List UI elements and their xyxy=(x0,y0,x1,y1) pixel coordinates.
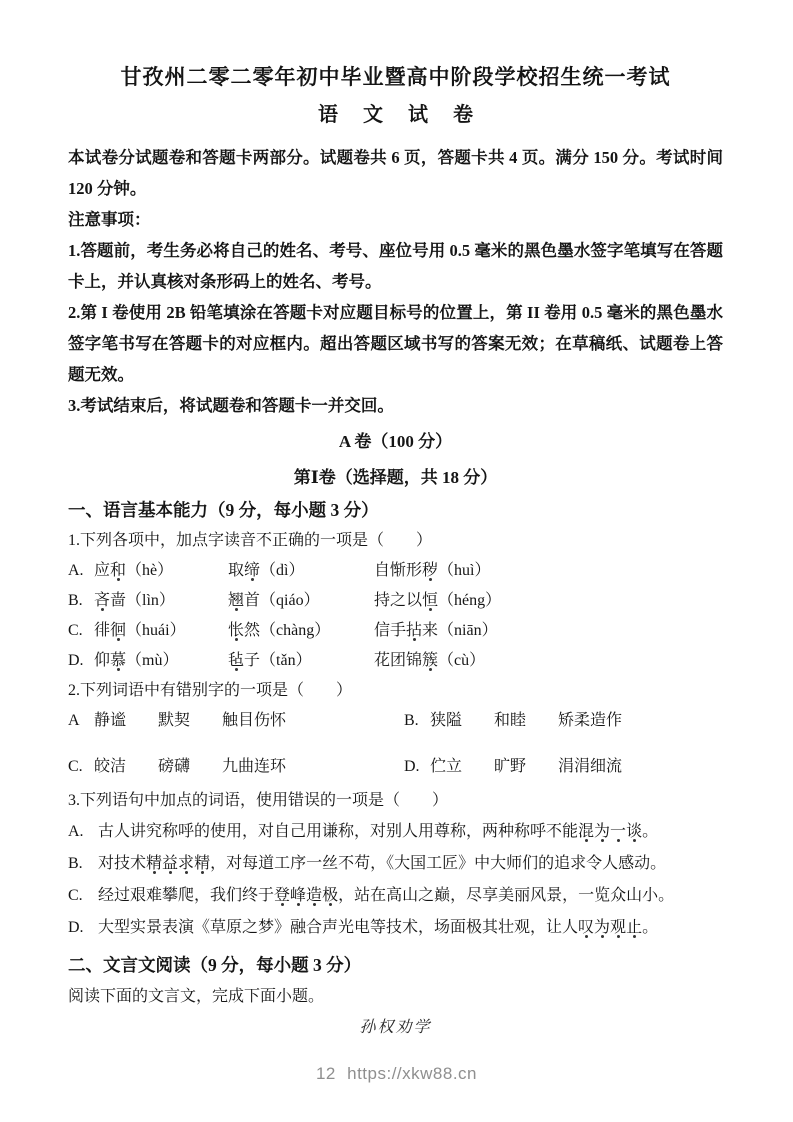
section2-heading: 二、文言文阅读（9 分，每小题 3 分） xyxy=(68,950,723,981)
option-cell: 徘徊（huái） xyxy=(94,616,228,646)
option-cell: 仰慕（mù） xyxy=(94,646,228,676)
option-label: D. xyxy=(68,912,98,944)
word: 伫立 xyxy=(430,752,462,782)
option-text: 大型实景表演《草原之梦》融合声光电等技术，场面极其壮观，让人叹为观止。 xyxy=(98,912,723,944)
option-label: D. xyxy=(404,752,430,782)
option-cell: 自惭形秽（huì） xyxy=(374,556,723,586)
word: 和睦 xyxy=(494,706,526,736)
notice-item-3: 3.考试结束后，将试题卷和答题卡一并交回。 xyxy=(68,390,723,421)
option-cell: 毡子（tǎn） xyxy=(228,646,374,676)
paper-subtitle: 语 文 试 卷 xyxy=(68,100,723,130)
option-cell: 持之以恒（héng） xyxy=(374,586,723,616)
option-label: C. xyxy=(68,880,98,912)
option-label: A. xyxy=(68,556,94,586)
q2-option-b: B. 狭隘 和睦 矫柔造作 xyxy=(404,706,740,736)
q2-option-d: D. 伫立 旷野 涓涓细流 xyxy=(404,752,740,782)
page-number: 12 xyxy=(316,1064,336,1083)
notice-heading: 注意事项： xyxy=(68,204,723,235)
part1-heading: 第Ⅰ卷（选择题，共 18 分） xyxy=(68,463,723,493)
q3-option-d: D. 大型实景表演《草原之梦》融合声光电等技术，场面极其壮观，让人叹为观止。 xyxy=(68,912,723,944)
q1-option-row-c: C. 徘徊（huái） 怅然（chàng） 信手拈来（niān） xyxy=(68,616,723,646)
option-cell: 翘首（qiáo） xyxy=(228,586,374,616)
option-label: B. xyxy=(68,848,98,880)
q2-stem: 2.下列词语中有错别字的一项是（ ） xyxy=(68,676,723,706)
q2-row-cd: C. 皎洁 磅礴 九曲连环 D. 伫立 旷野 涓涓细流 xyxy=(68,752,723,782)
q1-option-row-d: D. 仰慕（mù） 毡子（tǎn） 花团锦簇（cù） xyxy=(68,646,723,676)
word: 涓涓细流 xyxy=(558,752,622,782)
word: 狭隘 xyxy=(430,706,462,736)
word: 九曲连环 xyxy=(222,752,286,782)
option-cell: 取缔（dì） xyxy=(228,556,374,586)
section1-heading: 一、语言基本能力（9 分，每小题 3 分） xyxy=(68,495,723,526)
option-text: 古人讲究称呼的使用，对自己用谦称，对别人用尊称，两种称呼不能混为一谈。 xyxy=(98,816,723,848)
watermark-url: https://xkw88.cn xyxy=(347,1064,477,1083)
q2-option-a: A 静谧 默契 触目伤怀 xyxy=(68,706,404,736)
option-label: B. xyxy=(68,586,94,616)
option-label: C. xyxy=(68,616,94,646)
option-cell: 吝啬（lìn） xyxy=(94,586,228,616)
word: 静谧 xyxy=(94,706,126,736)
passage-title: 孙权劝学 xyxy=(68,1015,723,1041)
option-label: A xyxy=(68,706,94,736)
option-text: 对技术精益求精，对每道工序一丝不苟，《大国工匠》中大师们的追求令人感动。 xyxy=(98,848,723,880)
word: 旷野 xyxy=(494,752,526,782)
exam-intro: 本试卷分试题卷和答题卡两部分。试题卷共 6 页，答题卡共 4 页。满分 150 … xyxy=(68,142,723,204)
word: 矫柔造作 xyxy=(558,706,622,736)
option-text: 经过艰难攀爬，我们终于登峰造极，站在高山之巅，尽享美丽风景，一览众山小。 xyxy=(98,880,723,912)
q3-stem: 3.下列语句中加点的词语，使用错误的一项是（ ） xyxy=(68,786,723,816)
q3-option-a: A. 古人讲究称呼的使用，对自己用谦称，对别人用尊称，两种称呼不能混为一谈。 xyxy=(68,816,723,848)
page-footer: 12 https://xkw88.cn xyxy=(0,1064,793,1084)
option-cell: 应和（hè） xyxy=(94,556,228,586)
word: 皎洁 xyxy=(94,752,126,782)
q3-option-c: C. 经过艰难攀爬，我们终于登峰造极，站在高山之巅，尽享美丽风景，一览众山小。 xyxy=(68,880,723,912)
option-label: D. xyxy=(68,646,94,676)
word: 默契 xyxy=(158,706,190,736)
reading-intro: 阅读下面的文言文，完成下面小题。 xyxy=(68,983,723,1011)
notice-item-1: 1.答题前，考生务必将自己的姓名、考号、座位号用 0.5 毫米的黑色墨水签字笔填… xyxy=(68,235,723,297)
q1-option-row-a: A. 应和（hè） 取缔（dì） 自惭形秽（huì） xyxy=(68,556,723,586)
word: 磅礴 xyxy=(158,752,190,782)
option-label: C. xyxy=(68,752,94,782)
q1-option-row-b: B. 吝啬（lìn） 翘首（qiáo） 持之以恒（héng） xyxy=(68,586,723,616)
option-label: A. xyxy=(68,816,98,848)
word: 触目伤怀 xyxy=(222,706,286,736)
exam-paper-page: 甘孜州二零二零年初中毕业暨高中阶段学校招生统一考试 语 文 试 卷 本试卷分试题… xyxy=(0,0,793,1122)
q2-row-ab: A 静谧 默契 触目伤怀 B. 狭隘 和睦 矫柔造作 xyxy=(68,706,723,736)
notice-item-2: 2.第 I 卷使用 2B 铅笔填涂在答题卡对应题目标号的位置上，第 II 卷用 … xyxy=(68,297,723,390)
q1-stem: 1.下列各项中，加点字读音不正确的一项是（ ） xyxy=(68,526,723,556)
option-cell: 怅然（chàng） xyxy=(228,616,374,646)
page-title: 甘孜州二零二零年初中毕业暨高中阶段学校招生统一考试 xyxy=(68,62,723,92)
q2-option-c: C. 皎洁 磅礴 九曲连环 xyxy=(68,752,404,782)
volume-a-heading: A 卷（100 分） xyxy=(68,427,723,457)
option-cell: 花团锦簇（cù） xyxy=(374,646,723,676)
option-label: B. xyxy=(404,706,430,736)
option-cell: 信手拈来（niān） xyxy=(374,616,723,646)
q3-option-b: B. 对技术精益求精，对每道工序一丝不苟，《大国工匠》中大师们的追求令人感动。 xyxy=(68,848,723,880)
